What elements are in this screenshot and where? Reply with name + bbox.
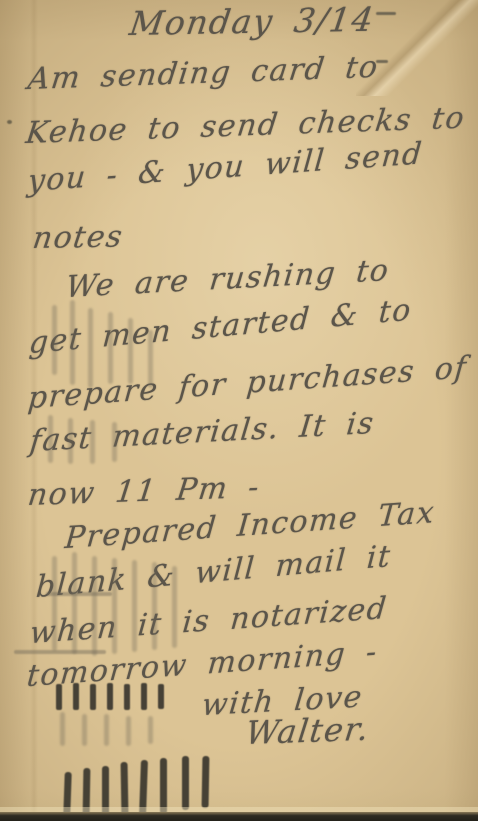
note-line-8: fast materials. It is [28,406,376,459]
signature: Walter. [244,710,372,753]
edge-mark [376,60,388,63]
note-line-9: now 11 Pm - [26,470,262,513]
note-line-5: We are rushing to [64,253,391,305]
scanned-note-page: Monday 3/14 Am sending card to Kehoe to … [0,0,478,821]
stray-pencil-dot [7,120,12,124]
note-line-1: Am sending card to [26,50,381,97]
scan-background-edge [0,812,478,821]
edge-mark [376,12,396,15]
date-line: Monday 3/14 [127,0,377,43]
note-line-4: notes [31,219,126,256]
